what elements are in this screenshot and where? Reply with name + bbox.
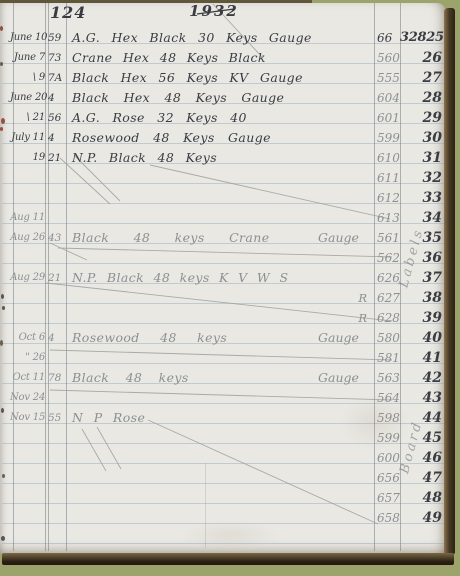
entry-description: Rosewood 48 keys <box>72 330 227 346</box>
entry-serial-number: 30 <box>400 130 442 146</box>
entry-qty: 21 <box>48 150 65 166</box>
entry-date: July 11 <box>10 130 45 146</box>
ledger-row: 1921N.P. Black 48 Keys61031 <box>0 150 460 170</box>
entry-stock-number: 599 <box>377 430 401 446</box>
entry-serial-number: 39 <box>400 310 442 326</box>
ink-speck <box>1 536 5 541</box>
entry-qty: 78 <box>48 370 65 386</box>
entry-stock-number: 611 <box>377 170 401 186</box>
ledger-row: \ 2156A.G. Rose 32 Keys 4060129 <box>0 110 460 130</box>
ledger-row: 65849 <box>0 510 460 530</box>
entry-description: Rosewood 48 Keys Gauge <box>72 130 271 146</box>
ledger-row: June 773Crane Hex 48 Keys Black56026 <box>0 50 460 70</box>
entry-date: June 10 <box>10 30 45 46</box>
entry-serial-number: 32825 <box>400 30 442 46</box>
entry-date: Aug 11 <box>10 210 45 226</box>
entry-stock-number: 600 <box>377 450 401 466</box>
ink-speck <box>2 474 5 478</box>
entry-serial-number: 28 <box>400 90 442 106</box>
ledger-row: 56236 <box>0 250 460 270</box>
entry-serial-number: 49 <box>400 510 442 526</box>
entry-qty: 73 <box>48 50 65 66</box>
book-edge-right <box>444 8 455 555</box>
ledger-row: 61233 <box>0 190 460 210</box>
entry-stock-number: 612 <box>377 190 401 206</box>
ledger-row: Nov 1555N P Rose59844 <box>0 410 460 430</box>
ink-speck <box>1 408 4 413</box>
entry-stock-number: 598 <box>377 410 401 426</box>
entry-serial-number: 31 <box>400 150 442 166</box>
year-title: 1932 <box>178 2 250 20</box>
ink-speck <box>1 118 5 124</box>
entry-stock-number: 610 <box>377 150 401 166</box>
entry-date: Oct 6 <box>10 330 45 346</box>
entry-stock-number: 555 <box>377 70 401 86</box>
entry-description: Black 48 keys Crane <box>72 230 270 246</box>
ink-speck <box>2 306 5 310</box>
entry-date: " 26 <box>10 350 45 366</box>
entry-qty: 59 <box>48 30 65 46</box>
ink-speck <box>0 62 3 66</box>
entry-date: \ 21 <box>10 110 45 126</box>
ledger-row: 59945 <box>0 430 460 450</box>
entry-qty: 4 <box>48 90 65 106</box>
ledger-row: Oct 64Rosewood 48 keysGauge58040 <box>0 330 460 350</box>
entry-qty: 43 <box>48 230 65 246</box>
entry-stock-number: 564 <box>377 390 401 406</box>
entry-gauge-note: Gauge <box>318 230 359 246</box>
entry-qty: 55 <box>48 410 65 426</box>
entry-stock-number: 563 <box>377 370 401 386</box>
ledger-row: \ 97ABlack Hex 56 Keys KV Gauge55527 <box>0 70 460 90</box>
entry-r-mark: R <box>347 290 367 306</box>
entry-qty: 7A <box>48 70 65 86</box>
ledger-row: 65647 <box>0 470 460 490</box>
entry-date: 19 <box>10 150 45 166</box>
ledger-row: Aug 1161334 <box>0 210 460 230</box>
entry-qty: 4 <box>48 130 65 146</box>
entry-description: Crane Hex 48 Keys Black <box>72 50 266 66</box>
entry-description: A.G. Hex Black 30 Keys Gauge <box>72 30 312 46</box>
entry-qty: 21 <box>48 270 65 286</box>
ledger-row: " 2658141 <box>0 350 460 370</box>
entry-stock-number: 560 <box>377 50 401 66</box>
entry-description: N P Rose <box>72 410 145 426</box>
entry-serial-number: 26 <box>400 50 442 66</box>
ledger-row: Aug 2921N.P. Black 48 keys K V W S62637 <box>0 270 460 290</box>
entry-stock-number: 561 <box>377 230 401 246</box>
ink-speck <box>0 127 3 131</box>
ledger-row: 60046 <box>0 450 460 470</box>
page-number: 124 <box>50 3 86 22</box>
entry-stock-number: 601 <box>377 110 401 126</box>
book-edge-bottom <box>2 553 454 565</box>
entry-date: June 20 <box>10 90 45 106</box>
entry-stock-number: 599 <box>377 130 401 146</box>
ledger-row: July 114Rosewood 48 Keys Gauge59930 <box>0 130 460 150</box>
entry-gauge-note: Gauge <box>318 330 359 346</box>
entry-stock-number: 581 <box>377 350 401 366</box>
ink-speck <box>1 294 4 299</box>
entry-date: Nov 15 <box>10 410 45 426</box>
entry-date: \ 9 <box>10 70 45 86</box>
entry-r-mark: R <box>347 310 367 326</box>
entry-stock-number: 580 <box>377 330 401 346</box>
entry-stock-number: 604 <box>377 90 401 106</box>
entry-description: Black Hex 56 Keys KV Gauge <box>72 70 303 86</box>
entry-description: Black 48 keys <box>72 370 189 386</box>
book-edge-top <box>0 0 312 3</box>
entry-date: Oct 11 <box>10 370 45 386</box>
entry-stock-number: 562 <box>377 250 401 266</box>
entry-qty: 4 <box>48 330 65 346</box>
entry-description: N.P. Black 48 Keys <box>72 150 217 166</box>
entry-description: Black Hex 48 Keys Gauge <box>72 90 284 106</box>
entry-serial-number: 32 <box>400 170 442 186</box>
ink-speck <box>0 26 3 31</box>
entry-serial-number: 27 <box>400 70 442 86</box>
ledger-row: Nov 2456443 <box>0 390 460 410</box>
scanned-ledger-page: 124 1932 June 1059A.G. Hex Black 30 Keys… <box>0 0 460 576</box>
ledger-row: Aug 2643Black 48 keys CraneGauge56135 <box>0 230 460 250</box>
entry-stock-number: 658 <box>377 510 401 526</box>
entry-date: Nov 24 <box>10 390 45 406</box>
entry-stock-number: 66 <box>377 30 401 46</box>
entry-description: A.G. Rose 32 Keys 40 <box>72 110 247 126</box>
entry-date: Aug 29 <box>10 270 45 286</box>
entry-description: N.P. Black 48 keys K V W S <box>72 270 289 286</box>
entry-serial-number: 40 <box>400 330 442 346</box>
ledger-row: June 1059A.G. Hex Black 30 Keys Gauge663… <box>0 30 460 50</box>
entry-serial-number: 29 <box>400 110 442 126</box>
entry-stock-number: 613 <box>377 210 401 226</box>
ink-speck <box>0 340 3 346</box>
ledger-row: June 204Black Hex 48 Keys Gauge60428 <box>0 90 460 110</box>
entry-gauge-note: Gauge <box>318 370 359 386</box>
entry-qty: 56 <box>48 110 65 126</box>
entry-date: June 7 <box>10 50 45 66</box>
ledger-row: 61132 <box>0 170 460 190</box>
entry-serial-number: 41 <box>400 350 442 366</box>
ledger-row: Oct 1178Black 48 keysGauge56342 <box>0 370 460 390</box>
entry-date: Aug 26 <box>10 230 45 246</box>
